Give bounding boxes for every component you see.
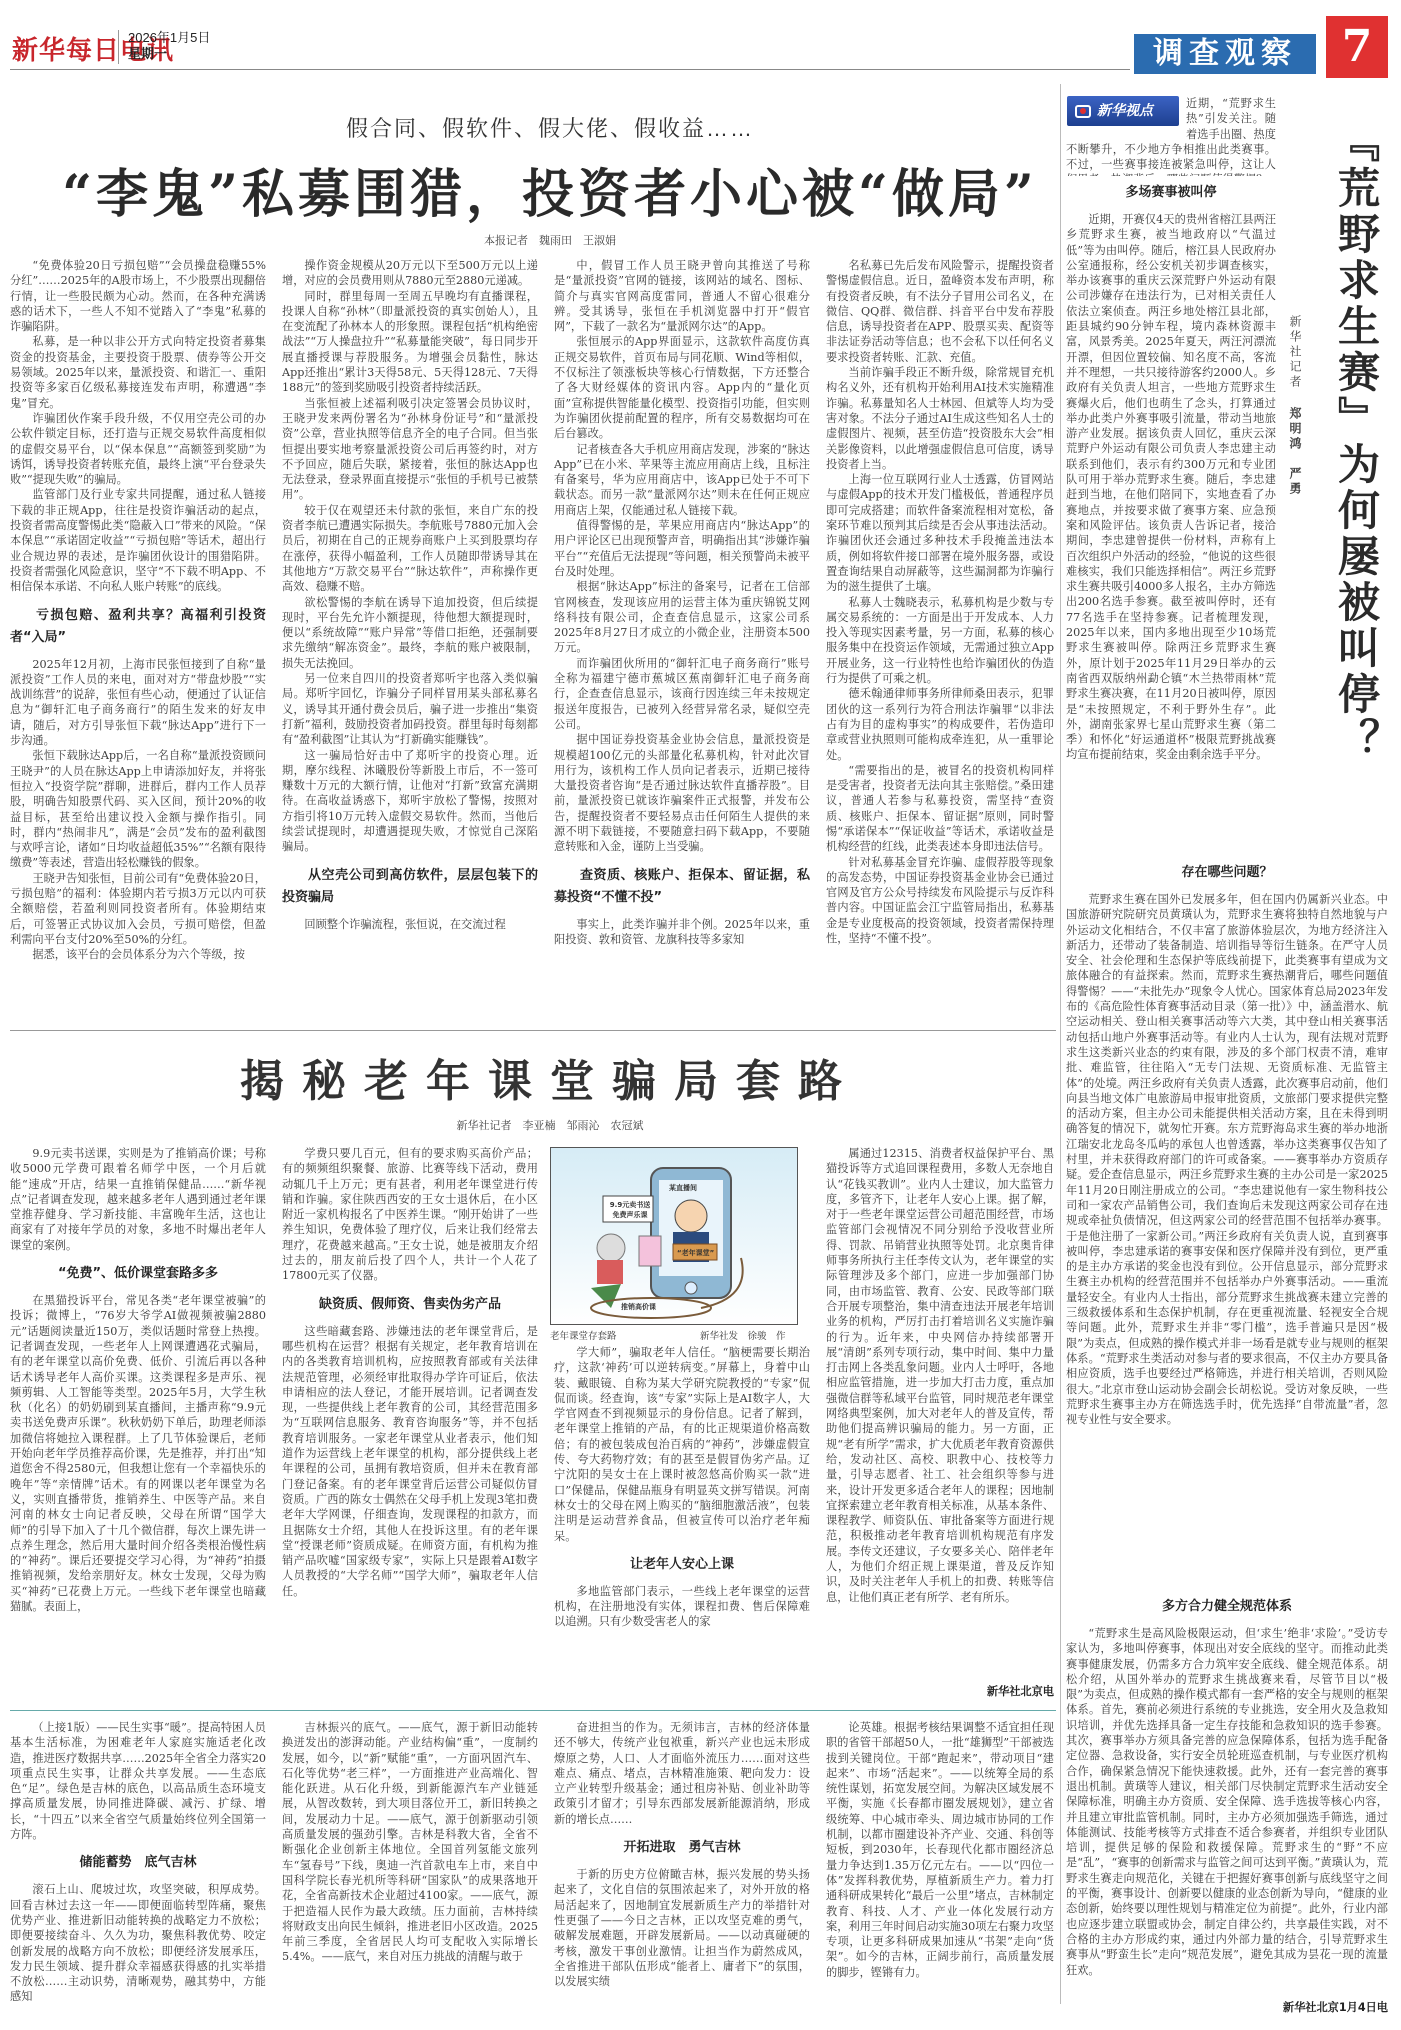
paragraph: 私募人士魏晓表示，私募机构是少数与专属交易系统的：一方面是出于开发成本、人力投入… <box>826 595 1054 687</box>
issue-date: 2026年1月5日 星期一 <box>128 30 210 62</box>
paragraph: “免费体验20日亏损包赔”“会员操盘稳赚55%分红”……2025年的A股市场上，… <box>10 258 266 334</box>
article2-sign: 新华社北京电 <box>826 1684 1054 1702</box>
paragraph: 值得警惕的是，苹果应用商店内“脉达App”的用户评论区已出现预警声音，明确指出其… <box>554 518 810 579</box>
section-tag: 调查观察 <box>1134 34 1316 74</box>
article3-column-4: 论英雄。根据考核结果调整不适宜担任现职的省管干部超50人，一批“雄狮型”干部被选… <box>826 1720 1054 2020</box>
paragraph: 王晓尹告知张恒，目前公司有“免费体验20日，亏损包赔”的福利：体验期内若亏损3万… <box>10 871 266 947</box>
paragraph: 于新的历史方位俯瞰吉林，振兴发展的势头扬起来了，文化自信的氛围浓起来了，对外开放… <box>554 1867 810 1989</box>
paragraph: 在黑猫投诉平台，常见各类“老年课堂被骗”的投诉；微博上，“76岁大爷学AI做视频… <box>10 1293 266 1614</box>
header-rule <box>10 69 1130 70</box>
subheading: 存在哪些问题？ <box>1066 862 1388 884</box>
cartoon-svg <box>551 1148 798 1325</box>
box-label: “老年课堂” <box>677 1248 714 1258</box>
paragraph: 荒野求生赛在国外已发展多年，但在国内仍属新兴业态。中国旅游研究院研究员黄璜认为，… <box>1066 892 1388 1427</box>
article2-column-3: 学大师”，骗取老年人信任。“脑梗需要长期治疗，这款‘神药’可以逆转病变。”屏幕上… <box>554 1345 810 1701</box>
subheading: 储能蓄势 底气吉林 <box>10 1852 266 1874</box>
subheading: 亏损包赔、盈利共享？高福利引投资者“入局” <box>10 605 266 649</box>
paragraph: 张恒下载脉达App后，一名自称“量派投资顾问王晓尹”的人员在脉达App上申请添加… <box>10 748 266 870</box>
article1-headline: “李鬼”私募围猎，投资者小心被“做局” <box>20 152 1080 227</box>
paragraph: 近期，开赛仅4天的贵州省榕江县两汪乡荒野求生赛，被当地政府以“气温过低”等为由叫… <box>1066 212 1276 763</box>
paragraph: 欲松警惕的李航在诱导下追加投资，但后续提现时，平台先允许小额提现，待他想大额提现… <box>282 595 538 671</box>
article1-column-2: 操作资金规模从20万元以下至500万元以上递增，对应的会员费用则从7880元至2… <box>282 258 538 1020</box>
paragraph: 记者核查各大手机应用商店发现，涉案的“脉达App”已在小米、苹果等主流应用商店上… <box>554 442 810 518</box>
cartoon-illustration: 9.9元卖书送免费声乐课 某直播间 “老年课堂” 推销高价课 <box>550 1147 798 1325</box>
paragraph: 监管部门及行业专家共同提醒，通过私人链接下载的非正规App，往往是投资诈骗活动的… <box>10 487 266 594</box>
paragraph: 论英雄。根据考核结果调整不适宜担任现职的省管干部超50人，一批“雄狮型”干部被选… <box>826 1720 1054 1980</box>
paragraph: 学大师”，骗取老年人信任。“脑梗需要长期治疗，这款‘神药’可以逆转病变。”屏幕上… <box>554 1345 810 1544</box>
article2-column-1: 9.9元卖书送课，实则是为了推销高价课；号称收5000元学费可跟着名师学中医，一… <box>10 1146 266 1701</box>
rope-label: 推销高价课 <box>621 1302 656 1312</box>
rail-section-3: 多方合力健全规范体系 “荒野求生是高风险极限运动，但‘求生’绝非‘求险’。”受访… <box>1066 1596 1388 1996</box>
paragraph: 操作资金规模从20万元以下至500万元以上递增，对应的会员费用则从7880元至2… <box>282 258 538 289</box>
paragraph: 上海一位互联网行业人士透露，仿冒网站与虚假App的技术开发门槛极低，普通程序员即… <box>826 472 1054 594</box>
subheading: 查资质、核账户、拒保本、留证据，私募投资“不懂不投” <box>554 865 810 909</box>
paragraph: 这些暗藏套路、涉嫌违法的老年课堂背后，是哪些机构在运营？根据有关规定，老年教育培… <box>282 1324 538 1599</box>
rail-divider <box>1060 84 1061 2004</box>
paragraph: 当前诈骗手段正不断升级，除常规冒充机构名义外，还有机构开始利用AI技术实施精准诈… <box>826 365 1054 472</box>
paragraph: 回顾整个诈骗流程，张恒说，在交流过程 <box>282 917 538 932</box>
subheading: “免费”、低价课堂套路多多 <box>10 1263 266 1285</box>
dateline: 新华社北京电 <box>826 1684 1054 1699</box>
paragraph: “需要指出的是，被冒名的投资机构同样是受害者，投资者无法向其主张赔偿。”桑田建议… <box>826 763 1054 855</box>
rail-lead: 近期，“荒野求生热”引发关注。随着选手出圈、热度不断攀升，不少地方争相推出此类赛… <box>1066 96 1276 176</box>
rail-vertical-headline: 『荒野求生赛』为何屡被叫停？ <box>1325 120 1381 764</box>
subheading: 多场赛事被叫停 <box>1066 182 1276 204</box>
paragraph: 诈骗团伙作案手段升级，不仅用空壳公司的办公软件锁定目标，还打造与正规交易软件高度… <box>10 411 266 487</box>
paragraph: 另一位来自四川的投资者郑听宇也落入类似骗局。郑听宇回忆，诈骗分子同样冒用某头部私… <box>282 671 538 747</box>
article1-column-4: 名私募已先后发布风险警示，提醒投资者警惕虚假信息。近日，盈峰资本发布声明，称有投… <box>826 258 1054 1020</box>
paragraph: 属通过12315、消费者权益保护平台、黑猫投诉等方式追回课程费用，多数人无奈地自… <box>826 1146 1054 1605</box>
article2-column-4: 属通过12315、消费者权益保护平台、黑猫投诉等方式追回课程费用，多数人无奈地自… <box>826 1146 1054 1686</box>
paragraph: 私募，是一种以非公开方式向特定投资者募集资金的投资基金，主要投资于股票、债券等公… <box>10 334 266 410</box>
paragraph: 针对私募基金冒充诈骗、虚假荐股等现象的高发态势，中国证券投资基金业协会已通过官网… <box>826 855 1054 947</box>
paragraph: 这一骗局恰好击中了郑听宇的投资心理。近期，摩尔线程、沐曦股份等新股上市后，不一签… <box>282 748 538 855</box>
date-text: 2026年1月5日 <box>128 30 210 46</box>
article3-column-3: 奋进担当的作为。无须讳言，吉林的经济体量还不够大，传统产业包袱重，新兴产业也远未… <box>554 1720 810 2020</box>
cartoon-caption: 老年课堂存套路 <box>550 1328 617 1342</box>
article1-column-1: “免费体验20日亏损包赔”“会员操盘稳赚55%分红”……2025年的A股市场上，… <box>10 258 266 1020</box>
rail-sign: 新华社北京1月4日电 <box>1066 2000 1388 2020</box>
subheading: 从空壳公司到高仿软件，层层包装下的投资骗局 <box>282 865 538 909</box>
cartoon-credit: 新华社发 徐骏 作 <box>700 1328 786 1342</box>
article2-headline: 揭秘老年课堂骗局套路 <box>100 1045 1000 1109</box>
paragraph: 较于仅在观望还未付款的张恒，来自广东的投资者李航已遭遇实际损失。李航账号7880… <box>282 503 538 595</box>
article1-kicker: 假合同、假软件、假大佬、假收益…… <box>100 112 1000 143</box>
masthead-divider <box>118 30 119 64</box>
dateline: 新华社北京1月4日电 <box>1066 2000 1388 2015</box>
article3-column-2: 吉林振兴的底气。——底气，源于新旧动能转换迸发出的澎湃动能。产业结构偏“重”，一… <box>282 1720 538 2020</box>
paragraph: 当张恒被上述福利吸引决定签署会员协议时，王晓尹发来两份署名为“孙林身份证号”和“… <box>282 396 538 503</box>
page-number: 7 <box>1326 16 1388 78</box>
paragraph: 张恒展示的App界面显示，这款软件高度仿真正规交易软件，首页布局与同花顺、Win… <box>554 334 810 441</box>
rail-byline: 新华社记者 郑明鸿 严勇 <box>1284 315 1304 497</box>
subheading: 开拓进取 勇气吉林 <box>554 1837 810 1859</box>
paragraph: 同时，群里每周一至周五早晚均有直播课程，投课人自称“孙林”（即量派投资的真实创始… <box>282 289 538 396</box>
paragraph: 根据“脉达App”标注的备案号，记者在工信部官网核查，发现该应用的运营主体为重庆… <box>554 579 810 655</box>
paragraph: 而诈骗团伙所用的“御轩汇电子商务商行”账号全称为福建宁德市蕉城区蕉南御轩汇电子商… <box>554 656 810 732</box>
paragraph: 滚石上山、爬坡过坎，攻坚突破，积厚成势。回看吉林过去这一年——即便面临转型阵痛，… <box>10 1882 266 2004</box>
paragraph: 奋进担当的作为。无须讳言，吉林的经济体量还不够大，传统产业包袱重，新兴产业也远未… <box>554 1720 810 1827</box>
speech-bubble-text: 9.9元卖书送免费声乐课 <box>609 1200 651 1220</box>
weekday-text: 星期一 <box>128 46 210 62</box>
byline-names: 郑明鸿 严勇 <box>1287 407 1304 497</box>
article1-column-3: 中，假冒工作人员王晓尹曾向其推送了号称是“量派投资”官网的链接，该网站的域名、图… <box>554 258 810 1020</box>
paragraph: 多地监管部门表示，一些线上老年课堂的运营机构，在注册地没有实体，课程扣费、售后保… <box>554 1584 810 1630</box>
article-separator <box>10 1030 1056 1031</box>
subheading: 多方合力健全规范体系 <box>1066 1596 1388 1618</box>
paragraph: （上接1版）——民生实事“暖”。提高特困人员基本生活标准，为困难老年人家庭实施适… <box>10 1720 266 1842</box>
paragraph: 事实上，此类诈骗并非个例。2025年以来，重阳投资、敦和资管、龙旗科技等多家知 <box>554 917 810 948</box>
byline-label: 新华社记者 <box>1288 315 1302 390</box>
article1-byline: 本报记者 魏雨田 王淑娟 <box>100 232 1000 248</box>
screen-label: 某直播间 <box>669 1183 697 1193</box>
paragraph: 吉林振兴的底气。——底气，源于新旧动能转换迸发出的澎湃动能。产业结构偏“重”，一… <box>282 1720 538 1965</box>
paragraph: 名私募已先后发布风险警示，提醒投资者警惕虚假信息。近日，盈峰资本发布声明，称有投… <box>826 258 1054 365</box>
article-separator <box>10 1710 1056 1711</box>
paragraph: 据悉，该平台的会员体系分为六个等级，按 <box>10 947 266 962</box>
paragraph: 中，假冒工作人员王晓尹曾向其推送了号称是“量派投资”官网的链接，该网站的域名、图… <box>554 258 810 334</box>
paragraph: “荒野求生是高风险极限运动，但‘求生’绝非‘求险’。”受访专家认为，多地叫停赛事… <box>1066 1626 1388 1978</box>
paragraph: 学费只要几百元，但有的要求购买高价产品；有的频频组织聚餐、旅游、比赛等线下活动，… <box>282 1146 538 1284</box>
subheading: 缺资质、假师资、售卖伪劣产品 <box>282 1294 538 1316</box>
paragraph: 2025年12月初，上海市民张恒接到了自称“量派投资”工作人员的来电，面对对方“… <box>10 657 266 749</box>
paragraph: 据中国证券投资基金业协会信息，量派投资是规模超100亿元的头部量化私募机构，针对… <box>554 732 810 854</box>
badge-spacer <box>1066 96 1186 130</box>
rail-section-2: 存在哪些问题？ 荒野求生赛在国外已发展多年，但在国内仍属新兴业态。中国旅游研究院… <box>1066 862 1388 1592</box>
paragraph: 德禾翰通律师事务所律师桑田表示，犯罪团伙的这一系列行为符合刑法诈骗罪“以非法占有… <box>826 686 1054 762</box>
paragraph: 9.9元卖书送课，实则是为了推销高价课；号称收5000元学费可跟着名师学中医，一… <box>10 1146 266 1253</box>
article2-column-2: 学费只要几百元，但有的要求购买高价产品；有的频频组织聚餐、旅游、比赛等线下活动，… <box>282 1146 538 1701</box>
article3-column-1: （上接1版）——民生实事“暖”。提高特困人员基本生活标准，为困难老年人家庭实施适… <box>10 1720 266 2020</box>
rail-section-1: 多场赛事被叫停 近期，开赛仅4天的贵州省榕江县两汪乡荒野求生赛，被当地政府以“气… <box>1066 182 1276 862</box>
article2-byline: 新华社记者 李亚楠 邹雨沁 农冠斌 <box>100 1117 1000 1133</box>
subheading: 让老年人安心上课 <box>554 1554 810 1576</box>
